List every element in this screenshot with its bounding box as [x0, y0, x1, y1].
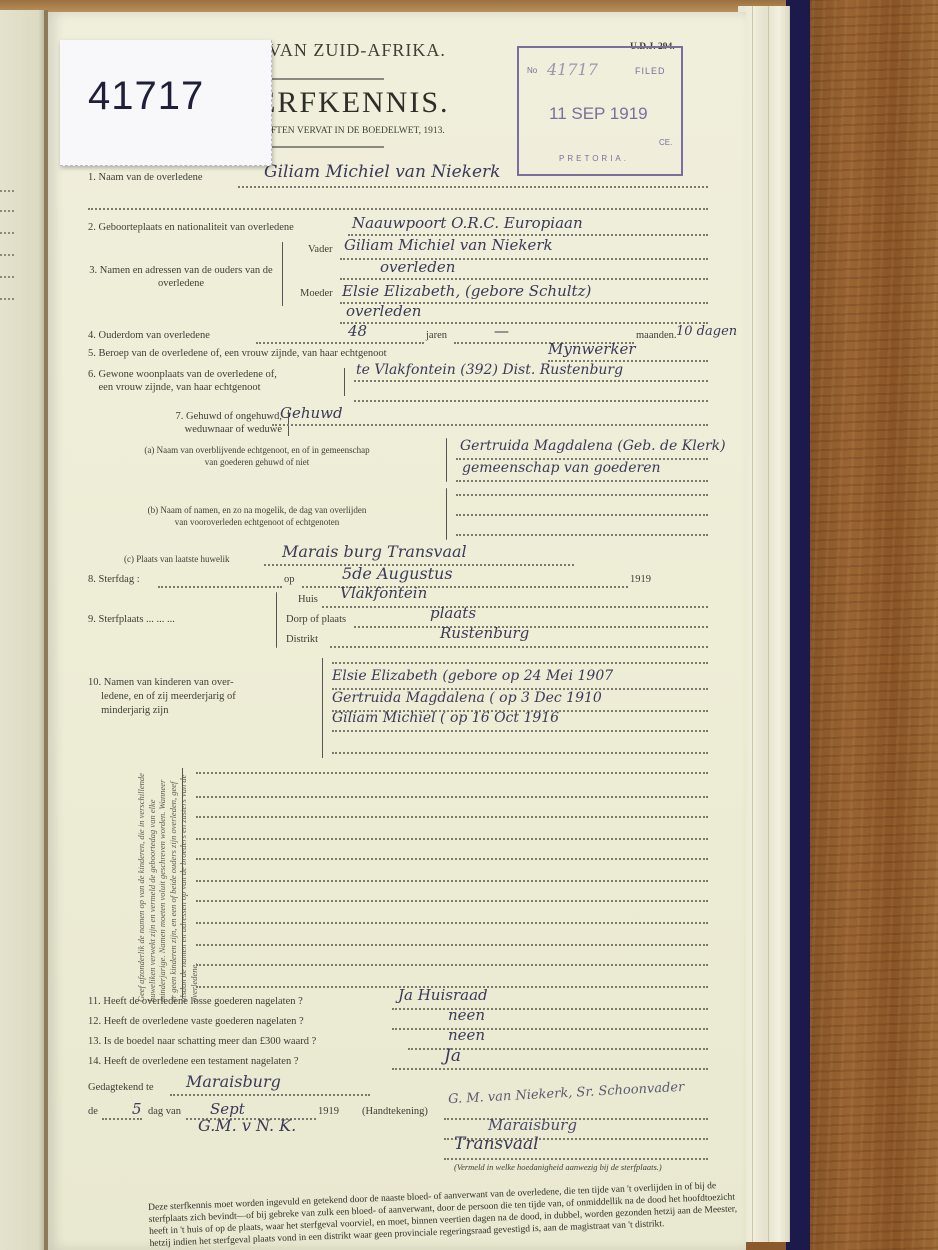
signatory-place: Maraisburg [488, 1116, 577, 1134]
huis-label: Huis [298, 594, 318, 605]
field-14-label: 14. Heeft de overledene een testament na… [88, 1056, 298, 1067]
dorp-label: Dorp of plaats [286, 614, 346, 625]
dotted-line [340, 278, 708, 280]
dotted-line [354, 380, 708, 382]
dotted-line [196, 838, 708, 840]
age-days: 10 dagen [676, 324, 737, 339]
deceased-name: Giliam Michiel van Niekerk [264, 162, 500, 182]
brace [276, 592, 277, 648]
field-7b-label: (b) Naam of namen, en zo na mogelik, de … [122, 504, 392, 528]
dotted-line [0, 276, 14, 278]
signatory-province: Transvaal [454, 1134, 539, 1154]
dotted-line [392, 1008, 708, 1010]
dotted-line [392, 1028, 708, 1030]
dotted-line [196, 858, 708, 860]
marital-status: Gehuwd [280, 404, 343, 422]
field-8-label: 8. Sterfdag : [88, 574, 140, 585]
child-1: Elsie Elizabeth (gebore op 24 Mei 1907 [332, 668, 613, 684]
dotted-line [0, 254, 14, 256]
child-2: Gertruida Magdalena ( op 3 Dec 1910 [332, 690, 602, 706]
title-rule [264, 146, 384, 148]
father-name: Giliam Michiel van Niekerk [344, 236, 553, 254]
dotted-line [332, 730, 708, 732]
signed-day: 5 [132, 1100, 142, 1118]
stamp-number: 41717 [547, 60, 598, 79]
dotted-line [196, 900, 708, 902]
dotted-line [196, 816, 708, 818]
dotted-line [340, 322, 708, 324]
vader-label: Vader [308, 244, 333, 255]
dotted-line [456, 480, 708, 482]
capacity-note: (Vermeld in welke hoedanigheid aanwezig … [454, 1162, 662, 1172]
child-3: Giliam Michiel ( op 16 Oct 1916 [332, 710, 559, 726]
estate-over-300: neen [448, 1026, 485, 1044]
stamp-filed: FILED [635, 66, 666, 76]
page-fold-line [768, 6, 769, 1242]
wooden-table-background [790, 0, 938, 1250]
maanden-label: maanden. [636, 330, 677, 341]
death-district: Rustenburg [440, 624, 529, 642]
age-months: — [494, 322, 509, 340]
signed-at: Maraisburg [186, 1072, 281, 1091]
brace [446, 488, 447, 540]
mother-name: Elsie Elizabeth, (gebore Schultz) [342, 282, 591, 300]
dotted-line [332, 752, 708, 754]
immovable-property: neen [448, 1006, 485, 1024]
op-label: op [284, 574, 295, 585]
field-1-label: 1. Naam van de overledene [88, 172, 203, 183]
dotted-line [158, 586, 282, 588]
dotted-line [0, 232, 14, 234]
page-fold-line [752, 6, 753, 1242]
filed-stamp: No 41717 FILED 11 SEP 1919 CE. PRETORIA. [517, 46, 683, 176]
dotted-line [354, 626, 708, 628]
field-11-label: 11. Heeft de overledene losse goederen n… [88, 996, 303, 1007]
dotted-line [330, 646, 708, 648]
footer-instructions: Deze sterfkennis moet worden ingevuld en… [148, 1179, 739, 1250]
dotted-line [0, 210, 14, 212]
facing-left-page [0, 10, 48, 1250]
death-house: Vlakfontein [340, 584, 427, 602]
jaren-label: jaren [426, 330, 447, 341]
signatory-signature: G. M. van Niekerk, Sr. Schoonvader [448, 1080, 685, 1107]
archive-tag-number: 41717 [88, 74, 204, 119]
dotted-line [272, 424, 708, 426]
dotted-line [0, 298, 14, 300]
field-7a-label: (a) Naam van overblijvende echtgenoot, e… [122, 444, 392, 468]
title-rule [264, 78, 384, 80]
community-of-property: gemeenschap van goederen [462, 460, 661, 476]
stamp-date: 11 SEP 1919 [549, 104, 648, 124]
dotted-line [256, 342, 424, 344]
date-of-death: 5de Augustus [342, 564, 453, 583]
dotted-line [456, 494, 708, 496]
dotted-line [88, 208, 708, 210]
field-5-label: 5. Beroep van de overledene of, een vrou… [88, 348, 387, 359]
brace [282, 242, 283, 306]
age-years: 48 [348, 322, 367, 340]
testament-left: Ja [444, 1046, 461, 1066]
death-town: plaats [430, 604, 476, 622]
dotted-line [456, 534, 708, 536]
field-10-label: 10. Namen van kinderen van over- ledene,… [88, 676, 236, 718]
field-4-label: 4. Ouderdom van overledene [88, 330, 210, 341]
father-address: overleden [380, 258, 455, 276]
field-3-label: 3. Namen en adressen van de ouders van d… [88, 264, 274, 290]
gedagtekend-label: Gedagtekend te [88, 1082, 154, 1093]
dotted-line [196, 922, 708, 924]
dotted-line [102, 1118, 142, 1120]
stamp-no-label: No [527, 66, 537, 75]
moeder-label: Moeder [300, 288, 333, 299]
stamp-office: CE. [659, 138, 672, 147]
residence: te Vlakfontein (392) Dist. Rustenburg [356, 362, 623, 378]
dotted-line [0, 190, 14, 192]
dotted-line [196, 880, 708, 882]
brace [322, 658, 323, 758]
dotted-line [322, 606, 708, 608]
dag-van-label: dag van [148, 1106, 181, 1117]
mother-address: overleden [346, 302, 421, 320]
brace [182, 768, 183, 998]
handtekening-label: (Handtekening) [362, 1106, 428, 1117]
marriage-place: Marais burg Transvaal [282, 542, 467, 561]
field-7c-label: (c) Plaats van laatste huwelik [124, 554, 229, 564]
archive-tag-label: 41717 [60, 40, 272, 166]
brace [446, 438, 447, 482]
dotted-line [332, 662, 708, 664]
distrikt-label: Distrikt [286, 634, 318, 645]
death-year: 1919 [630, 574, 651, 585]
birthplace-nationality: Naauwpoort O.R.C. Europiaan [352, 214, 583, 232]
dotted-line [354, 400, 708, 402]
dotted-line [196, 964, 708, 966]
dotted-line [238, 186, 708, 188]
de-label: de [88, 1106, 98, 1117]
field-7-label: 7. Gehuwd of ongehuwd,weduwnaar of weduw… [88, 410, 282, 436]
dotted-line [170, 1094, 370, 1096]
field-6-label: 6. Gewone woonplaats van de overledene o… [88, 368, 277, 394]
brace [344, 368, 345, 396]
signatory-initials: G.M. v N. K. [198, 1116, 296, 1135]
dotted-line [392, 1068, 708, 1070]
dotted-line [456, 514, 708, 516]
surviving-spouse: Gertruida Magdalena (Geb. de Klerk) [460, 438, 726, 454]
stamp-city: PRETORIA. [559, 154, 629, 163]
dotted-line [196, 796, 708, 798]
signed-year: 1919 [318, 1106, 339, 1117]
occupation: Mynwerker [548, 340, 636, 358]
field-9-label: 9. Sterfplaats ... ... ... [88, 614, 175, 625]
dotted-line [196, 944, 708, 946]
vertical-instruction-note: Geef afzonderlik de namen op van de kind… [136, 772, 222, 1002]
death-notice-form: M.S.G. 1. UNIE VAN ZUID-AFRIKA. U.D.J. 2… [48, 12, 746, 1250]
dotted-line [444, 1158, 708, 1160]
movable-property: Ja Huisraad [398, 986, 488, 1004]
field-2-label: 2. Geboorteplaats en nationaliteit van o… [88, 222, 294, 233]
field-12-label: 12. Heeft de overledene vaste goederen n… [88, 1016, 304, 1027]
dotted-line [196, 772, 708, 774]
field-13-label: 13. Is de boedel naar schatting meer dan… [88, 1036, 316, 1047]
